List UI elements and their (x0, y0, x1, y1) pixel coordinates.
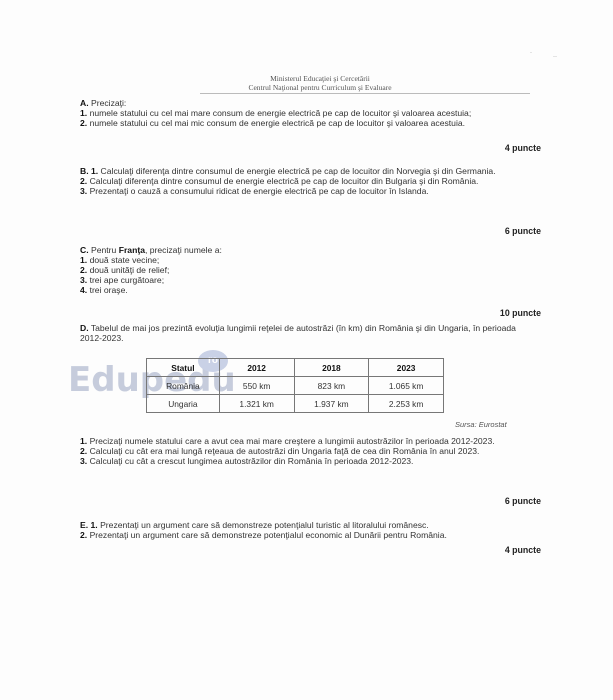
section-d-item-1: 1. Precizaţi numele statului care a avut… (80, 436, 530, 446)
section-e-item-2: 2. Prezentaţi un argument care să demons… (80, 530, 530, 540)
scan-mark: · (530, 50, 532, 56)
section-c-item-2: 2. două unităţi de relief; (80, 265, 530, 275)
section-b-item-2: 2. Calculaţi diferenţa dintre consumul d… (80, 176, 530, 186)
table-header-row: Statul 2012 2018 2023 (147, 359, 444, 377)
section-d-item-2: 2. Calculaţi cu cât era mai lungă reţeau… (80, 446, 530, 456)
section-d-item-3: 3. Calculaţi cu cât a crescut lungimea a… (80, 456, 530, 466)
section-c: C. Pentru Franţa, precizaţi numele a: 1.… (80, 245, 530, 295)
section-e-item-1: E. 1. Prezentaţi un argument care să dem… (80, 520, 530, 530)
document-header: Ministerul Educaţiei şi Cercetării Centr… (200, 74, 440, 92)
table-cell: 2.253 km (369, 395, 444, 413)
section-a-intro: Precizaţi: (91, 98, 126, 108)
table-cell: 1.065 km (369, 377, 444, 395)
col-header-state: Statul (147, 359, 220, 377)
section-b-item-3: 3. Prezentaţi o cauză a consumului ridic… (80, 186, 530, 196)
section-a-label: A. (80, 98, 89, 108)
table-cell: România (147, 377, 220, 395)
scan-mark: ·· (553, 54, 557, 60)
table-cell: 1.937 km (294, 395, 369, 413)
section-c-item-1: 1. două state vecine; (80, 255, 530, 265)
table-row: Ungaria 1.321 km 1.937 km 2.253 km (147, 395, 444, 413)
highway-length-table: Statul 2012 2018 2023 România 550 km 823… (146, 358, 444, 413)
table-cell: 1.321 km (219, 395, 294, 413)
section-e: E. 1. Prezentaţi un argument care să dem… (80, 520, 530, 540)
header-divider (200, 93, 530, 94)
section-c-intro: C. Pentru Franţa, precizaţi numele a: (80, 245, 530, 255)
section-a-points: 4 puncte (505, 143, 541, 153)
section-c-item-3: 3. trei ape curgătoare; (80, 275, 530, 285)
section-b: B. 1. Calculaţi diferenţa dintre consumu… (80, 166, 530, 196)
section-d-points: 6 puncte (505, 496, 541, 506)
header-center: Centrul Naţional pentru Curriculum şi Ev… (200, 83, 440, 92)
section-b-points: 6 puncte (505, 226, 541, 236)
col-header-2023: 2023 (369, 359, 444, 377)
table-cell: 550 km (219, 377, 294, 395)
section-a-item-1: 1. numele statului cu cel mai mare consu… (80, 108, 530, 118)
exam-page: Ministerul Educaţiei şi Cercetării Centr… (0, 0, 613, 700)
section-c-points: 10 puncte (500, 308, 541, 318)
col-header-2012: 2012 (219, 359, 294, 377)
section-a: A. Precizaţi: 1. numele statului cu cel … (80, 98, 530, 128)
section-e-points: 4 puncte (505, 545, 541, 555)
section-d-intro: D. Tabelul de mai jos prezintă evoluţia … (80, 323, 530, 343)
header-ministry: Ministerul Educaţiei şi Cercetării (200, 74, 440, 83)
table-cell: Ungaria (147, 395, 220, 413)
section-a-item-2: 2. numele statului cu cel mai mic consum… (80, 118, 530, 128)
table-source: Sursa: Eurostat (455, 420, 507, 429)
table-cell: 823 km (294, 377, 369, 395)
section-d-questions: 1. Precizaţi numele statului care a avut… (80, 436, 530, 466)
section-c-item-4: 4. trei oraşe. (80, 285, 530, 295)
section-b-item-1: B. 1. Calculaţi diferenţa dintre consumu… (80, 166, 530, 176)
table-row: România 550 km 823 km 1.065 km (147, 377, 444, 395)
col-header-2018: 2018 (294, 359, 369, 377)
